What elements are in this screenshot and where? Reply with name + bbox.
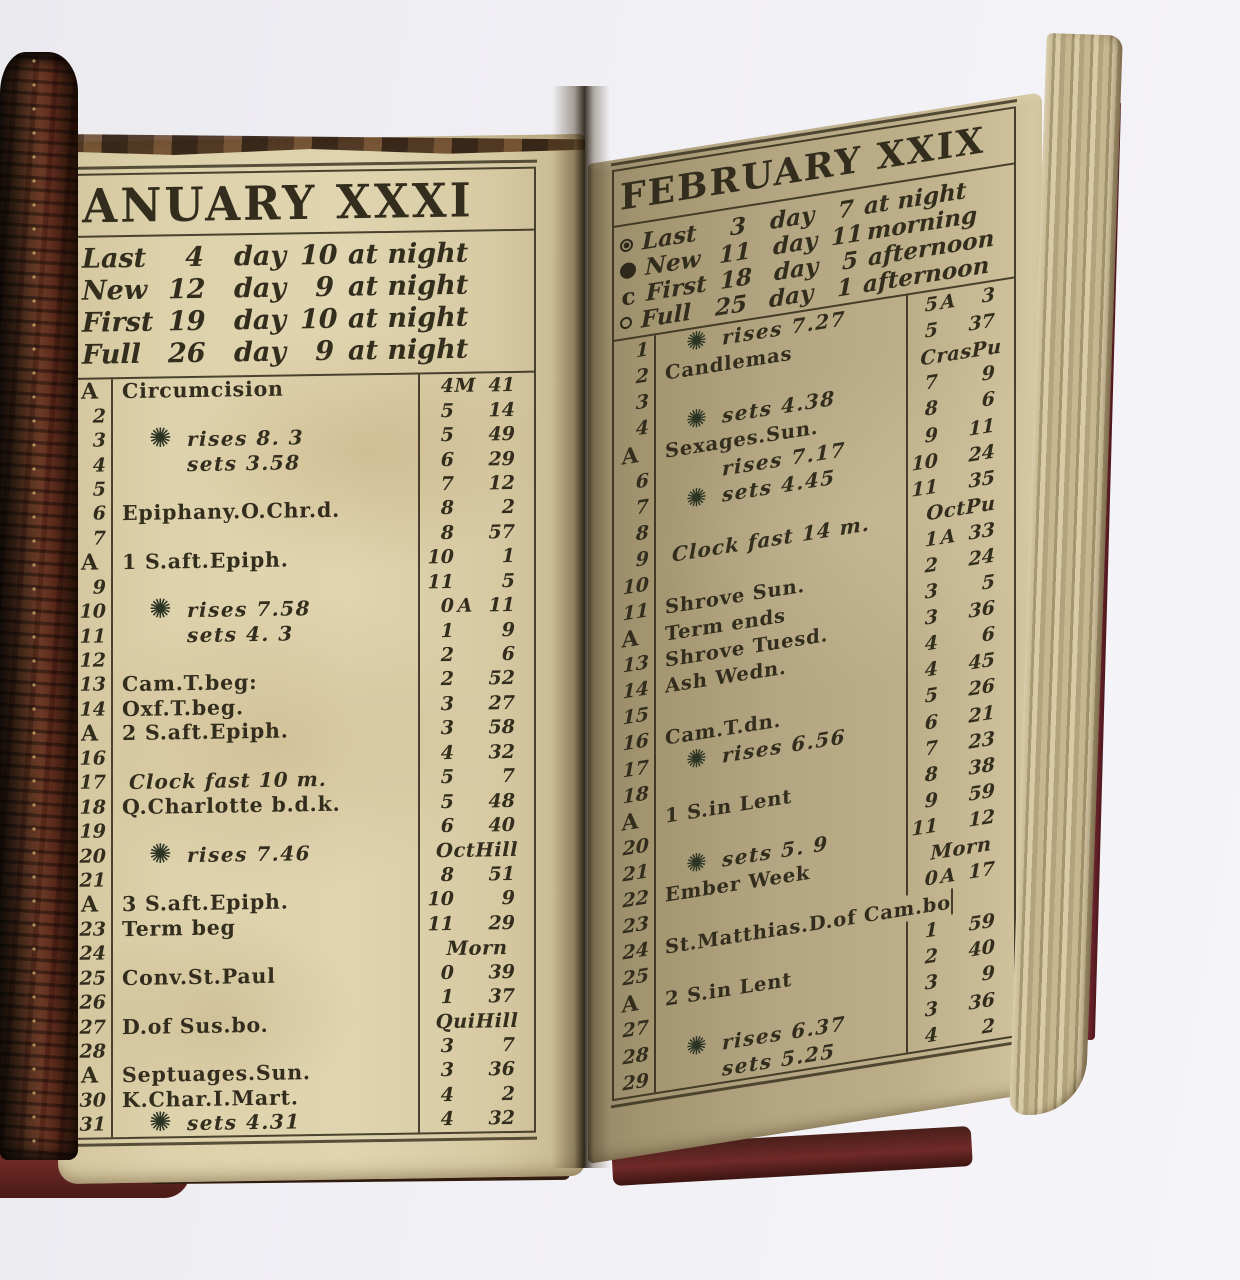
- day-number: A: [76, 379, 113, 404]
- time-hour: 7: [908, 736, 938, 763]
- time-hour: 2: [420, 644, 454, 667]
- time-meridiem-spacer: [938, 431, 958, 434]
- time-hour: 6: [420, 448, 454, 471]
- time-hour: 9: [908, 788, 938, 815]
- time-hour: 10: [908, 449, 938, 476]
- time-cell: 57: [418, 764, 534, 790]
- phase-period: at night: [348, 302, 468, 336]
- time-hour: 5: [420, 400, 454, 423]
- event-text: Q.Charlotte b.d.k.: [122, 791, 341, 818]
- event-text: Term beg: [122, 915, 236, 941]
- time-minute: 29: [476, 912, 522, 935]
- sun-star-icon: ✺: [149, 840, 172, 867]
- day-number: 18: [76, 795, 113, 820]
- time-meridiem-mark: M: [454, 375, 476, 397]
- time-meridiem-spacer: [938, 561, 958, 564]
- time-hour: 0: [908, 867, 938, 894]
- time-cell: 1129: [418, 910, 534, 936]
- moon-phase-line: Full26day9at night: [82, 333, 530, 372]
- event-text: rises 7.46: [187, 841, 311, 867]
- time-cell: Morn: [418, 935, 534, 961]
- time-hour: 3: [420, 1035, 454, 1058]
- phase-name: First: [82, 306, 168, 339]
- time-hour: 7: [908, 371, 938, 398]
- time-minute: 7: [476, 765, 522, 788]
- time-meridiem-spacer: [938, 927, 958, 930]
- time-hour: 3: [908, 580, 938, 607]
- day-number: 17: [76, 770, 113, 795]
- time-minute: 52: [476, 667, 522, 690]
- day-number: 10: [76, 599, 113, 624]
- time-minute: 32: [476, 1107, 522, 1130]
- time-hour: 1: [420, 986, 454, 1009]
- time-cell: 336: [418, 1057, 534, 1083]
- day-number: 3: [76, 428, 113, 453]
- time-meridiem-spacer: [938, 822, 958, 825]
- time-minute: 41: [476, 374, 522, 397]
- time-hour: 2: [420, 668, 454, 691]
- phase-hour: 9: [300, 336, 334, 369]
- time-cell: QuiHill: [418, 1008, 534, 1034]
- event-text: rises 7.58: [187, 596, 311, 622]
- day-number: 30: [76, 1088, 113, 1113]
- month-title: JANUARY XXXI: [76, 172, 474, 234]
- time-meridiem-spacer: [938, 718, 958, 721]
- time-minute: 57: [476, 521, 522, 544]
- day-number: 6: [76, 501, 113, 526]
- time-hour: 3: [420, 1059, 454, 1082]
- time-cell: 432: [418, 739, 534, 765]
- first-quarter-icon: c: [620, 287, 637, 307]
- time-hour: 4: [908, 1023, 938, 1050]
- time-cell: 19: [418, 617, 534, 643]
- time-hour: 3: [908, 971, 938, 998]
- event-text: D.of Sus.bo.: [122, 1012, 269, 1038]
- time-hour: 5: [908, 319, 938, 346]
- time-meridiem-spacer: [938, 614, 958, 617]
- new-moon-icon: [620, 261, 636, 280]
- event-text: Epiphany.O.Chr.d.: [122, 498, 340, 525]
- phase-period: at night: [348, 334, 468, 368]
- time-meridiem-spacer: [938, 796, 958, 799]
- phase-date: 25: [715, 291, 745, 322]
- event-text: Clock fast 10 m.: [129, 767, 327, 794]
- time-meridiem-spacer: [938, 457, 958, 460]
- time-minute: 36: [476, 1058, 522, 1081]
- time-minute: 1: [476, 545, 522, 568]
- time-hour: 4: [420, 1108, 454, 1131]
- time-meridiem-spacer: [938, 483, 958, 486]
- day-number: 26: [76, 990, 113, 1015]
- time-hour: 11: [908, 814, 938, 841]
- time-cell: 26: [418, 641, 534, 667]
- time-meridiem-mark: A: [938, 864, 958, 889]
- time-hour: 3: [908, 606, 938, 633]
- event-text: Cam.T.beg:: [122, 670, 257, 696]
- moon-phases-box: Last4day10at nightNew12day9at nightFirst…: [76, 231, 534, 380]
- left-page-january: JANUARY XXXI Last4day10at nightNew12day9…: [58, 134, 585, 1184]
- time-hour: 3: [420, 693, 454, 716]
- phase-word: day: [234, 272, 300, 305]
- event-text: Septuages.Sun.: [122, 1061, 311, 1088]
- sun-star-icon: ✺: [686, 1031, 707, 1059]
- february-calendar-table: FEBRUARY XXIX Last3day7at nightNew11day1…: [612, 106, 1016, 1101]
- day-number: 14: [76, 697, 113, 722]
- table-frame: JANUARY XXXI Last4day10at nightNew12day9…: [74, 167, 536, 1140]
- time-hour: 8: [908, 397, 938, 424]
- time-special-entry: Morn: [420, 935, 534, 960]
- time-hour: 5: [420, 791, 454, 814]
- time-cell: 0A11: [418, 593, 534, 619]
- time-minute: 9: [476, 887, 522, 910]
- time-cell: 42: [418, 1081, 534, 1107]
- time-cell: 851: [418, 861, 534, 887]
- sun-star-icon: ✺: [686, 849, 707, 877]
- time-cell: 137: [418, 984, 534, 1010]
- event-text: 1 S.aft.Epiph.: [122, 548, 289, 575]
- time-hour: 8: [420, 497, 454, 520]
- event-text: sets 3.58: [187, 450, 301, 476]
- sun-star-icon: ✺: [686, 405, 707, 433]
- time-hour: 5: [908, 293, 938, 320]
- time-minute: 49: [476, 423, 522, 446]
- time-meridiem-spacer: [938, 327, 958, 330]
- time-meridiem-mark: A: [938, 289, 958, 314]
- time-cell: 857: [418, 519, 534, 545]
- january-calendar-table: JANUARY XXXI Last4day10at nightNew12day9…: [74, 167, 536, 1140]
- phase-date: 12: [168, 274, 204, 307]
- full-moon-icon: [620, 316, 632, 330]
- phase-name: New: [82, 274, 168, 307]
- time-meridiem-spacer: [938, 1031, 958, 1034]
- time-meridiem-spacer: [938, 405, 958, 408]
- time-minute: 48: [476, 790, 522, 813]
- time-cell: 82: [418, 495, 534, 521]
- time-minute: 12: [476, 472, 522, 495]
- time-hour: 2: [908, 945, 938, 972]
- day-number: A: [76, 892, 113, 917]
- time-hour: 5: [420, 424, 454, 447]
- time-minute: 27: [476, 692, 522, 715]
- right-page-february: FEBRUARY XXIX Last3day7at nightNew11day1…: [588, 92, 1042, 1164]
- day-number: 28: [76, 1039, 113, 1064]
- day-number: 23: [76, 917, 113, 942]
- time-hour: 2: [908, 554, 938, 581]
- phase-hour: 5: [832, 247, 858, 277]
- time-minute: 32: [476, 741, 522, 764]
- time-cell: 514: [418, 397, 534, 423]
- time-cell: 712: [418, 470, 534, 496]
- time-hour: 4: [908, 658, 938, 685]
- day-number: 12: [76, 648, 113, 673]
- time-meridiem-spacer: [938, 770, 958, 773]
- time-minute: 7: [476, 1034, 522, 1057]
- time-meridiem-spacer: [938, 692, 958, 695]
- time-hour: 4: [420, 742, 454, 765]
- sun-star-icon: ✺: [149, 1109, 172, 1136]
- time-meridiem-mark: A: [454, 595, 476, 617]
- day-rows: 1✺rises 7.275A32Candlemas5373CrasPu4✺set…: [614, 279, 1014, 1099]
- time-hour: 9: [908, 423, 938, 450]
- time-minute: 37: [476, 985, 522, 1008]
- event-text: sets 4.31: [187, 1110, 301, 1136]
- time-cell: 358: [418, 715, 534, 741]
- time-hour: 0: [420, 595, 454, 618]
- day-number: 31: [76, 1112, 113, 1137]
- time-cell: 432: [418, 1106, 534, 1132]
- time-cell: 327: [418, 690, 534, 716]
- day-number: 16: [76, 746, 113, 771]
- time-minute: 14: [476, 399, 522, 422]
- event-text: Conv.St.Paul: [122, 963, 276, 989]
- phase-date: 19: [168, 306, 204, 339]
- time-cell: 640: [418, 813, 534, 839]
- time-meridiem-spacer: [938, 640, 958, 643]
- phase-date: 4: [168, 242, 204, 275]
- day-number: 27: [76, 1015, 113, 1040]
- time-hour: 10: [420, 888, 454, 911]
- phase-word: day: [234, 240, 300, 273]
- book-gutter-shadow: [552, 86, 610, 1168]
- time-hour: 7: [420, 473, 454, 496]
- last-quarter-icon: [620, 237, 633, 252]
- time-hour: 3: [420, 717, 454, 740]
- time-cell: 252: [418, 666, 534, 692]
- phase-name: Full: [82, 338, 168, 371]
- time-cell: OctHill: [418, 837, 534, 863]
- day-number: 21: [76, 868, 113, 893]
- time-cell: 549: [418, 422, 534, 448]
- time-hour: 0: [420, 962, 454, 985]
- day-rows: ACircumcision4M4125143✺rises 8. 35494set…: [76, 373, 534, 1138]
- event-text: rises 8. 3: [187, 425, 304, 451]
- time-meridiem-spacer: [938, 744, 958, 747]
- time-meridiem-spacer: [938, 979, 958, 982]
- sun-star-icon: ✺: [149, 425, 172, 452]
- time-hour: 8: [420, 522, 454, 545]
- day-number: 5: [76, 477, 113, 502]
- sun-star-icon: ✺: [149, 596, 172, 623]
- phase-period: at night: [348, 270, 468, 304]
- time-hour: 4: [420, 375, 454, 398]
- time-hour: 11: [420, 913, 454, 936]
- time-hour: 6: [908, 710, 938, 737]
- phase-hour: 10: [300, 240, 334, 273]
- time-hour: 1: [908, 919, 938, 946]
- book-spine: [0, 52, 78, 1160]
- phase-hour: 10: [300, 304, 334, 337]
- phase-hour: 1: [827, 274, 853, 304]
- day-number: 11: [76, 624, 113, 649]
- day-number: A: [76, 721, 113, 746]
- time-hour: 1: [908, 527, 938, 554]
- time-minute: 2: [958, 1013, 1002, 1042]
- time-hour: 6: [420, 815, 454, 838]
- time-meridiem-mark: A: [938, 524, 958, 549]
- phase-date: 26: [168, 338, 204, 371]
- time-hour: 8: [420, 864, 454, 887]
- time-cell: 115: [418, 568, 534, 594]
- event-text: K.Char.I.Mart.: [122, 1085, 299, 1112]
- time-hour: 8: [908, 762, 938, 789]
- time-minute: 40: [476, 814, 522, 837]
- time-cell: 101: [418, 544, 534, 570]
- time-meridiem-spacer: [938, 666, 958, 669]
- time-hour: 4: [908, 632, 938, 659]
- time-minute: 9: [476, 618, 522, 641]
- phase-word: day: [234, 304, 300, 337]
- time-minute: 39: [476, 961, 522, 984]
- sun-star-icon: ✺: [686, 744, 707, 772]
- time-meridiem-spacer: [938, 1005, 958, 1008]
- time-minute: 2: [476, 496, 522, 519]
- time-hour: 5: [908, 684, 938, 711]
- time-cell: 039: [418, 959, 534, 985]
- day-number: 20: [76, 844, 113, 869]
- day-number: 4: [76, 453, 113, 478]
- day-number: 24: [76, 941, 113, 966]
- time-cell: 548: [418, 788, 534, 814]
- day-number: 2: [76, 404, 113, 429]
- event-text: 3 S.aft.Epiph.: [122, 890, 289, 917]
- time-hour: 1: [420, 620, 454, 643]
- photo-of-open-almanac-book: JANUARY XXXI Last4day10at nightNew12day9…: [0, 0, 1240, 1280]
- sun-star-icon: ✺: [686, 327, 707, 355]
- event-text: 2 S.aft.Epiph.: [122, 719, 289, 746]
- day-number: A: [76, 550, 113, 575]
- time-meridiem-spacer: [938, 587, 958, 590]
- phase-name: Last: [82, 242, 168, 275]
- time-hour: 4: [420, 1084, 454, 1107]
- time-minute: 5: [476, 570, 522, 593]
- time-minute: 58: [476, 716, 522, 739]
- time-cell: 4M41: [418, 373, 534, 399]
- day-number: 19: [76, 819, 113, 844]
- event-text: sets 4. 3: [187, 621, 294, 647]
- time-cell: 37: [418, 1032, 534, 1058]
- time-minute: 2: [476, 1083, 522, 1106]
- gilt-tooling-dots: [26, 52, 42, 1160]
- month-title-box: JANUARY XXXI: [76, 169, 534, 238]
- time-cell: 109: [418, 886, 534, 912]
- time-meridiem-spacer: [938, 953, 958, 956]
- phase-hour: 9: [300, 272, 334, 305]
- time-cell: 629: [418, 446, 534, 472]
- event-cell: ✺sets 4.31: [113, 1108, 418, 1137]
- phase-period: at night: [348, 238, 468, 272]
- day-number: 7: [76, 526, 113, 551]
- time-minute: 11: [476, 594, 522, 617]
- sun-star-icon: ✺: [686, 483, 707, 511]
- table-frame: FEBRUARY XXIX Last3day7at nightNew11day1…: [612, 106, 1016, 1101]
- time-hour: 3: [908, 997, 938, 1024]
- time-minute: 51: [476, 863, 522, 886]
- time-special-entry: OctHill: [420, 838, 534, 863]
- day-number: A: [76, 1064, 113, 1089]
- time-meridiem-spacer: [938, 379, 958, 382]
- time-minute: 6: [476, 643, 522, 666]
- phase-word: day: [234, 336, 300, 369]
- time-hour: 11: [908, 475, 938, 502]
- day-number: 25: [76, 966, 113, 991]
- time-hour: 10: [420, 546, 454, 569]
- day-number: 13: [76, 673, 113, 698]
- event-text: Oxf.T.beg.: [122, 695, 244, 721]
- time-minute: 29: [476, 447, 522, 470]
- time-special-entry: QuiHill: [420, 1009, 534, 1034]
- time-hour: 11: [420, 571, 454, 594]
- day-number: 29: [614, 1066, 656, 1099]
- event-text: Circumcision: [122, 377, 284, 404]
- time-hour: 5: [420, 766, 454, 789]
- day-number: 9: [76, 575, 113, 600]
